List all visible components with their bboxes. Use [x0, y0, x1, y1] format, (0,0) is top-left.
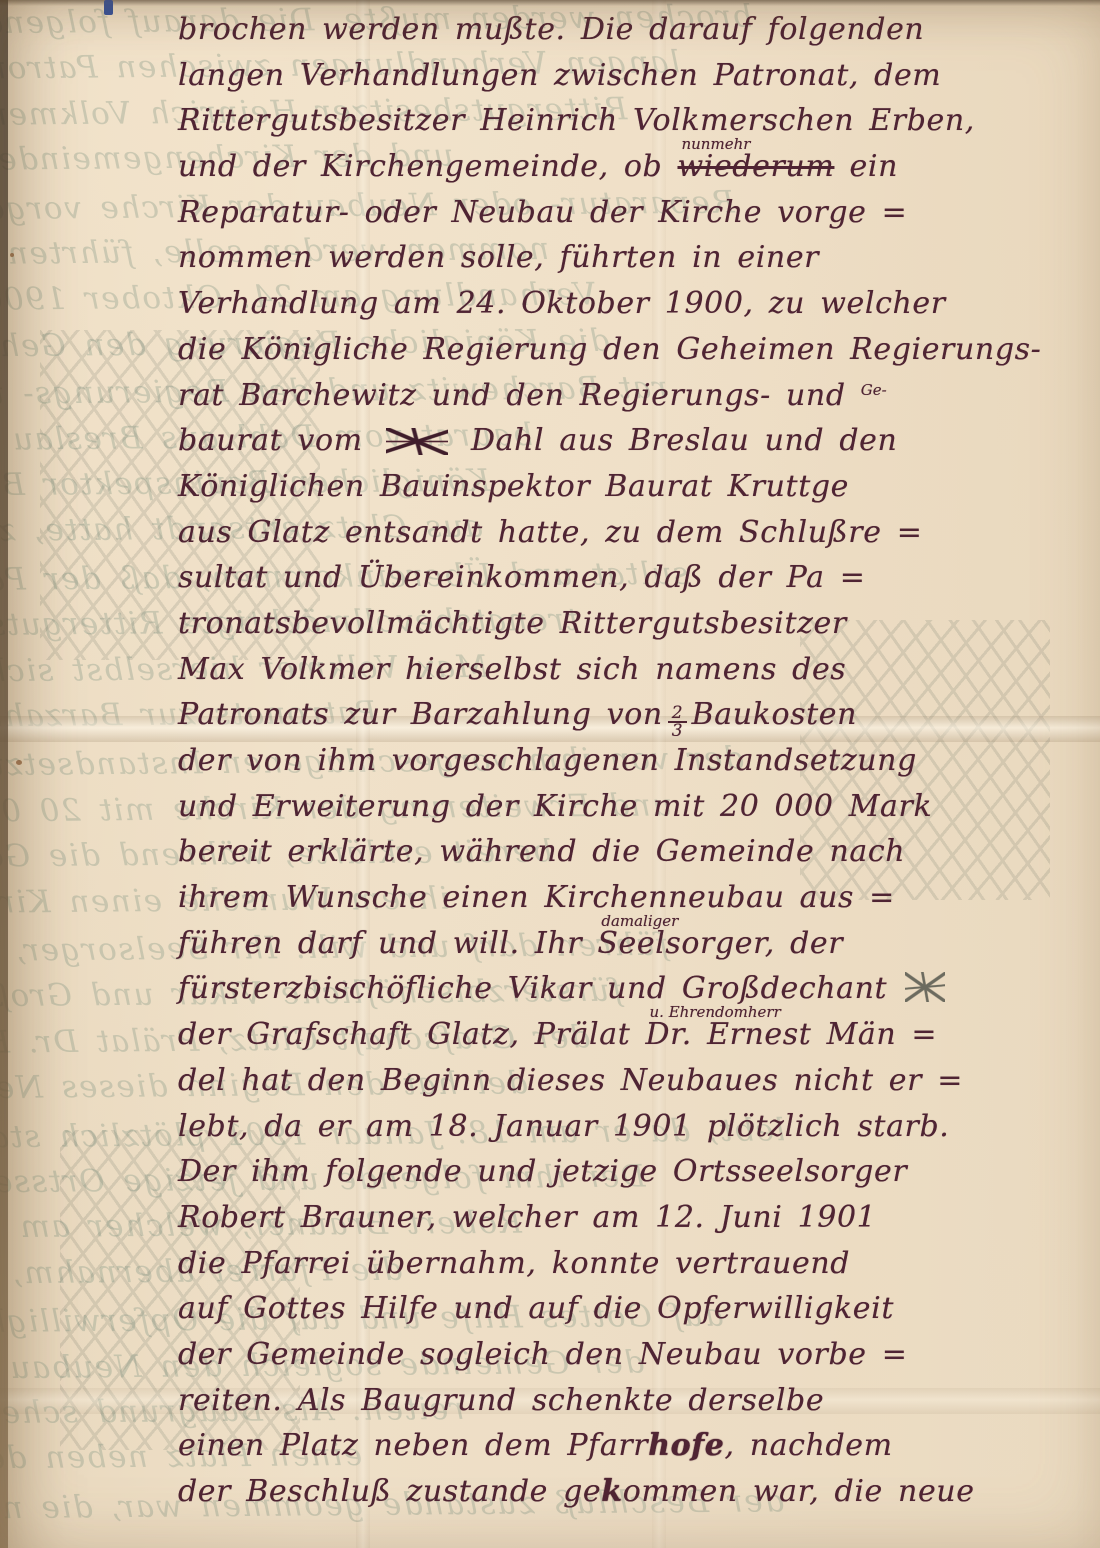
handwritten-line: der Gemeinde sogleich den Neubau vorbe = [178, 1337, 1098, 1383]
handwritten-line: aus Glatz entsandt hatte, zu dem Schlußr… [178, 515, 1098, 561]
handwritten-line: nommen werden solle, führten in einer [178, 240, 1098, 286]
crossed-out-word-scribble [386, 428, 448, 455]
raised-abbreviation: Ge- [861, 381, 887, 399]
correction-annotation: nunmehrwiederum [677, 149, 834, 184]
line-text: ein [834, 149, 898, 184]
handwritten-line: führen darf und will. Ihr damaligerSeels… [178, 926, 1098, 972]
handwritten-line: baurat vom Dahl aus Breslau und den [178, 423, 1098, 469]
line-text: langen Verhandlungen zwischen Patronat, … [178, 58, 941, 93]
line-text: auf Gottes Hilfe und auf die Opferwillig… [178, 1291, 894, 1326]
inserted-word: damaliger [601, 912, 678, 930]
handwritten-line: der Grafschaft Glatz, Prälat u. Ehrendom… [178, 1017, 1098, 1063]
handwritten-line: die Pfarrei übernahm, konnte vertrauend [178, 1246, 1098, 1292]
handwritten-line: und Erweiterung der Kirche mit 20 000 Ma… [178, 789, 1098, 835]
fraction-denominator: 3 [668, 723, 687, 739]
line-text: und der Kirchengemeinde, ob [178, 149, 677, 184]
line-text: und Erweiterung der Kirche mit 20 000 Ma… [178, 789, 932, 824]
line-text: fürsterzbischöfliche Vikar und Großdecha… [178, 971, 887, 1006]
line-text: Robert Brauner, welcher am 12. Juni 1901 [178, 1200, 876, 1235]
line-text: der von ihm vorgeschlagenen Instandsetzu… [178, 743, 917, 778]
handwritten-line: Der ihm folgende und jetzige Ortsseelsor… [178, 1154, 1098, 1200]
line-text: der Grafschaft Glatz, Prälat [178, 1017, 646, 1052]
line-text: Reparatur- oder Neubau der Kirche vorge … [178, 195, 907, 230]
handwritten-line: brochen werden mußte. Die darauf folgend… [178, 12, 1098, 58]
paper-fleck [16, 760, 22, 765]
handwritten-line: die Königliche Regierung den Geheimen Re… [178, 332, 1098, 378]
line-text: del hat den Beginn dieses Neubaues nicht… [178, 1063, 963, 1098]
line-text: der Gemeinde sogleich den Neubau vorbe = [178, 1337, 908, 1372]
line-text: führen darf und will. Ihr [178, 926, 597, 961]
line-text: , nachdem [724, 1428, 892, 1463]
handwritten-line: der Beschluß zustande gekommen war, die … [178, 1474, 1098, 1520]
line-text: bereit erklärte, während die Gemeinde na… [178, 834, 905, 869]
overwritten-word: hofe [648, 1428, 724, 1463]
line-text: Verhandlung am 24. Oktober 1900, zu welc… [178, 286, 946, 321]
line-text: die Königliche Regierung den Geheimen Re… [178, 332, 1041, 367]
handwritten-line: Verhandlung am 24. Oktober 1900, zu welc… [178, 286, 1098, 332]
line-text: brochen werden mußte. Die darauf folgend… [178, 12, 924, 47]
handwritten-line: rat Barchewitz und den Regierungs- und G… [178, 378, 1098, 424]
line-text: Dahl aus Breslau und den [456, 423, 898, 458]
handwritten-line: del hat den Beginn dieses Neubaues nicht… [178, 1063, 1098, 1109]
handwritten-line: Robert Brauner, welcher am 12. Juni 1901 [178, 1200, 1098, 1246]
inserted-word: nunmehr [681, 135, 750, 153]
handwritten-text-block: brochen werden mußte. Die darauf folgend… [178, 12, 1098, 1520]
handwritten-line: einen Platz neben dem Pfarrhofe, nachdem [178, 1428, 1098, 1474]
handwritten-line: sultat und Übereinkommen, daß der Pa = [178, 560, 1098, 606]
line-text: lebt, da er am 18. Januar 1901 plötzlich… [178, 1109, 949, 1144]
line-text: der Beschluß zustande ge [178, 1474, 601, 1509]
handwritten-line: und der Kirchengemeinde, ob nunmehrwiede… [178, 149, 1098, 195]
handwritten-line: tronatsbevollmächtigte Rittergutsbesitze… [178, 606, 1098, 652]
paper-fleck [10, 253, 14, 257]
fraction-two-thirds: 23 [668, 705, 687, 739]
line-text: reiten. Als Baugrund schenkte derselbe [178, 1383, 824, 1418]
page-edge-shadow-left [0, 0, 8, 1548]
handwritten-line: langen Verhandlungen zwischen Patronat, … [178, 58, 1098, 104]
handwritten-line: lebt, da er am 18. Januar 1901 plötzlich… [178, 1109, 1098, 1155]
line-text: sultat und Übereinkommen, daß der Pa = [178, 560, 865, 595]
manuscript-page: brochen werden mußte. Die darauf folgend… [0, 0, 1100, 1548]
line-text: nommen werden solle, führten in einer [178, 240, 819, 275]
handwritten-line: bereit erklärte, während die Gemeinde na… [178, 834, 1098, 880]
crossed-out-mark [905, 972, 945, 1002]
handwritten-line: Patronats zur Barzahlung von23Baukosten [178, 697, 1098, 743]
line-text: Rittergutsbesitzer Heinrich Volkmerschen… [178, 103, 975, 138]
correction-annotation: damaligerSeelsorger, der [597, 926, 843, 961]
line-text: Dr. Ernest Män = [646, 1017, 938, 1052]
line-text: rat Barchewitz und den Regierungs- und [178, 378, 861, 413]
line-text: Königlichen Bauinspektor Baurat Kruttge [178, 469, 849, 504]
line-text: Patronats zur Barzahlung von [178, 697, 663, 732]
line-text: Seelsorger, der [597, 926, 843, 961]
line-text: Baukosten [692, 697, 857, 732]
handwritten-line: fürsterzbischöfliche Vikar und Großdecha… [178, 971, 1098, 1017]
inserted-word: u. Ehrendomherr [650, 1003, 781, 1021]
struck-word: wiederum [677, 149, 834, 184]
line-text: Max Volkmer hierselbst sich namens des [178, 652, 846, 687]
line-text: einen Platz neben dem Pfarr [178, 1428, 648, 1463]
overwritten-letter: k [601, 1474, 622, 1509]
line-text: die Pfarrei übernahm, konnte vertrauend [178, 1246, 850, 1281]
line-text: Der ihm folgende und jetzige Ortsseelsor… [178, 1154, 907, 1189]
handwritten-line: reiten. Als Baugrund schenkte derselbe [178, 1383, 1098, 1429]
line-text: ihrem Wunsche einen Kirchenneubau aus = [178, 880, 895, 915]
handwritten-line: der von ihm vorgeschlagenen Instandsetzu… [178, 743, 1098, 789]
handwritten-line: Max Volkmer hierselbst sich namens des [178, 652, 1098, 698]
handwritten-line: Rittergutsbesitzer Heinrich Volkmerschen… [178, 103, 1098, 149]
line-text: ommen war, die neue [623, 1474, 975, 1509]
blue-ink-mark [104, 0, 113, 15]
line-text: tronatsbevollmächtigte Rittergutsbesitze… [178, 606, 847, 641]
line-text: baurat vom [178, 423, 378, 458]
page-edge-shadow-top [0, 0, 1100, 6]
correction-annotation: u. EhrendomherrDr. Ernest Män = [646, 1017, 938, 1052]
handwritten-line: auf Gottes Hilfe und auf die Opferwillig… [178, 1291, 1098, 1337]
handwritten-line: Königlichen Bauinspektor Baurat Kruttge [178, 469, 1098, 515]
handwritten-line: Reparatur- oder Neubau der Kirche vorge … [178, 195, 1098, 241]
line-text: aus Glatz entsandt hatte, zu dem Schlußr… [178, 515, 922, 550]
